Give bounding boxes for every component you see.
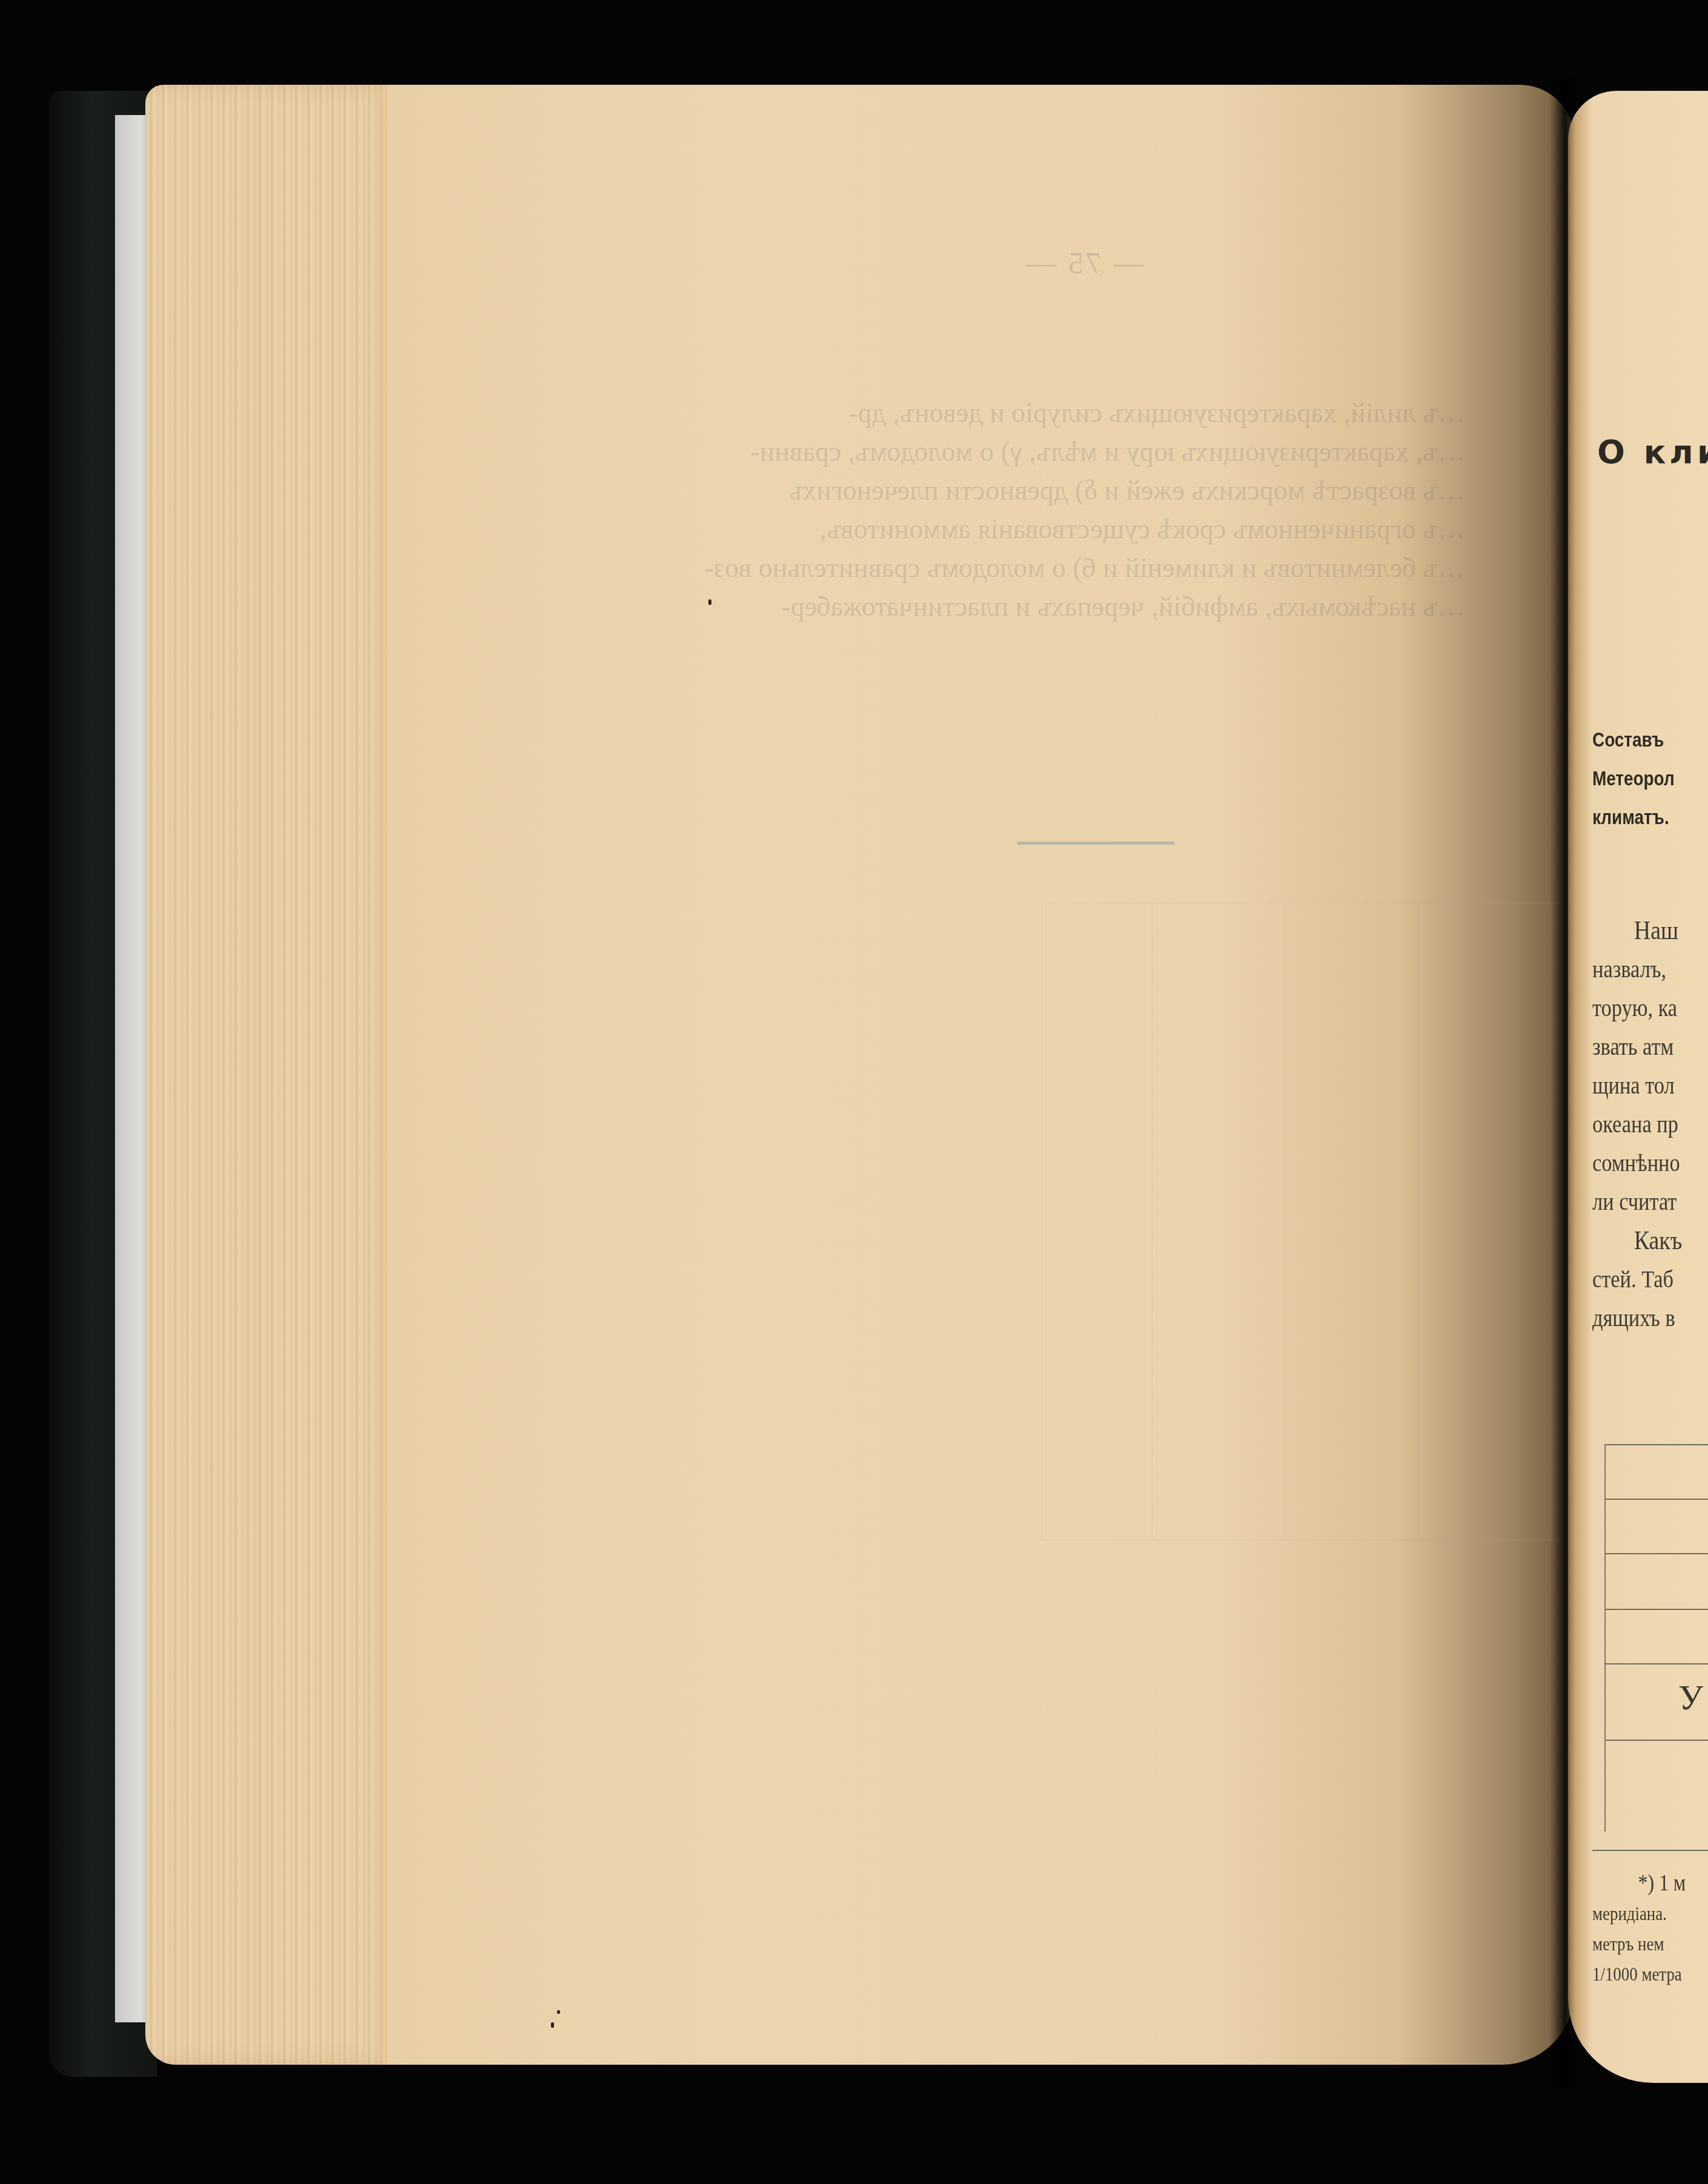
bleed-through-table — [1041, 902, 1574, 1540]
section-separator-rule — [1017, 842, 1175, 845]
margin-headings: Составъ Метеорол климатъ. — [1592, 721, 1692, 837]
footnote-rule — [1592, 1850, 1708, 1851]
table-cell: У — [1678, 1677, 1703, 1718]
table-rule — [1606, 1740, 1708, 1741]
bleed-line: …ъ возрастѣ морскихъ ежей и δ) древности… — [618, 471, 1465, 510]
table-rule — [1606, 1499, 1708, 1500]
margin-heading: Метеорол — [1592, 759, 1675, 798]
table-rule — [1606, 1553, 1708, 1554]
footnote-line: метръ нем — [1592, 1928, 1686, 1959]
body-line: звать атм — [1592, 1028, 1682, 1066]
body-line: Наш — [1592, 911, 1682, 950]
body-line: ли считат — [1592, 1183, 1682, 1221]
bleed-line: …ъ, характеризующихъ юру и мѣлъ, γ) о мо… — [618, 432, 1465, 471]
footnotes: *) 1 м меридіана. метръ нем 1/1000 метра — [1592, 1868, 1704, 1989]
table-rule — [1606, 1663, 1708, 1664]
footnote-line: 1/1000 метра — [1592, 1959, 1686, 1989]
body-line: стей. Таб — [1592, 1260, 1682, 1299]
body-line: щина тол — [1592, 1066, 1682, 1105]
margin-heading: климатъ. — [1592, 798, 1675, 837]
page-stack-fore-edge — [145, 85, 400, 2065]
paper-speck — [551, 2022, 554, 2028]
footnote-line: *) 1 м — [1592, 1868, 1686, 1898]
left-page: — 75 — …ъ лилій, характеризующихъ силурі… — [387, 85, 1574, 2065]
paper-speck — [557, 2010, 560, 2014]
body-line: дящихъ в — [1592, 1299, 1682, 1338]
body-line: океана пр — [1592, 1105, 1682, 1144]
margin-heading: Составъ — [1592, 721, 1675, 759]
bleed-line: …ъ белемнитовъ и клименій и 6) о молодом… — [618, 549, 1465, 587]
body-line: торую, ка — [1592, 989, 1682, 1028]
right-page: О кли Составъ Метеорол климатъ. Наш назв… — [1568, 91, 1708, 2083]
body-line: сомнѣнно — [1592, 1144, 1682, 1183]
table-rule — [1606, 1444, 1708, 1445]
paper-speck — [708, 599, 711, 605]
table-rule — [1606, 1609, 1708, 1610]
body-line: Какъ — [1592, 1221, 1682, 1260]
bleed-line: …ъ ограниченномъ срокѣ существованія амм… — [618, 510, 1465, 549]
bleed-through-text: …ъ лилій, характеризующихъ силуріо и дев… — [618, 394, 1465, 626]
body-text: Наш назвалъ, торую, ка звать атм щина то… — [1592, 911, 1696, 1338]
page-number: — 75 — — [1023, 245, 1144, 280]
bleed-line: …ъ насѣкомыхъ, амфибій, черепахъ и пласт… — [618, 587, 1465, 626]
footnote-line: меридіана. — [1592, 1898, 1686, 1928]
book-scan: — 75 — …ъ лилій, характеризующихъ силурі… — [0, 0, 1708, 2184]
body-line: назвалъ, — [1592, 950, 1682, 989]
data-table: У — [1604, 1444, 1708, 1832]
chapter-title: О кли — [1597, 433, 1708, 471]
bleed-line: …ъ лилій, характеризующихъ силуріо и дев… — [618, 394, 1465, 432]
